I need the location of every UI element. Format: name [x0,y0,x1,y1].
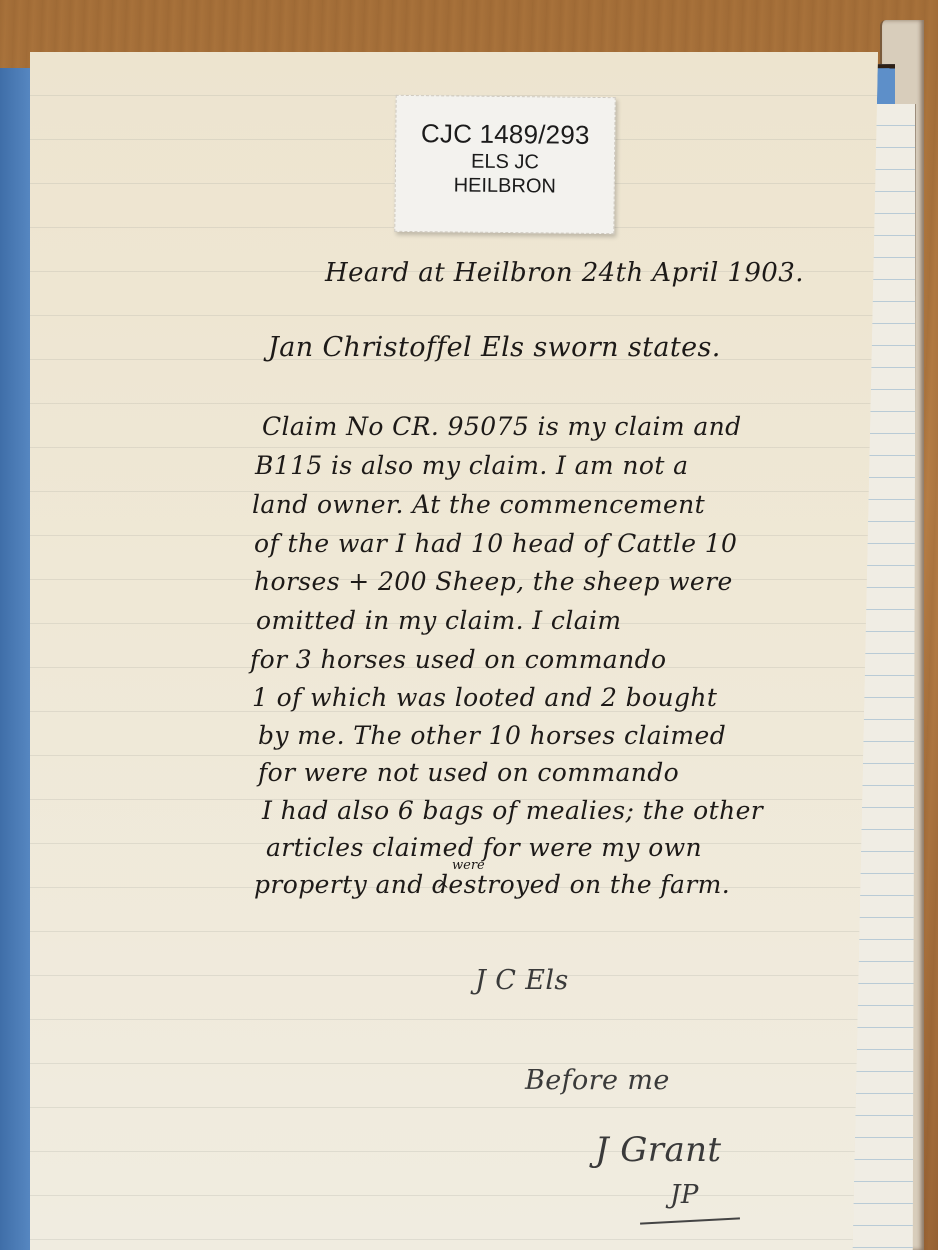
body-line: 1 of which was looted and 2 bought [252,683,717,712]
body-line: of the war I had 10 head of Cattle 10 [254,529,737,558]
archive-label: CJC 1489/293 ELS JC HEILBRON [394,95,615,234]
body-line: land owner. At the commencement [252,490,705,519]
body-line: omitted in my claim. I claim [256,606,622,635]
body-line: for were not used on commando [258,758,679,787]
deponent-signature: J C Els [475,965,569,996]
attestation-text: Before me [525,1065,670,1096]
body-line: by me. The other 10 horses claimed [258,721,726,750]
document-heading: Heard at Heilbron 24th April 1903. [325,258,804,288]
archive-place: HEILBRON [396,173,614,199]
official-signature: J Grant [595,1130,721,1170]
body-line: horses + 200 Sheep, the sheep were [254,567,733,596]
deponent-line: Jan Christoffel Els sworn states. [268,332,721,363]
insertion-caret: ^ [436,880,449,899]
body-line: property and destroyed on the farm. [254,870,730,899]
body-line: I had also 6 bags of mealies; the other [262,796,763,825]
body-line: B115 is also my claim. I am not a [255,451,688,480]
inserted-word: were [452,858,485,873]
archive-name: ELS JC [396,149,614,175]
body-line: Claim No CR. 95075 is my claim and [262,412,742,441]
archive-reference: CJC 1489/293 [396,118,614,151]
body-line: for 3 horses used on commando [250,645,666,674]
official-title: JP [670,1180,699,1210]
